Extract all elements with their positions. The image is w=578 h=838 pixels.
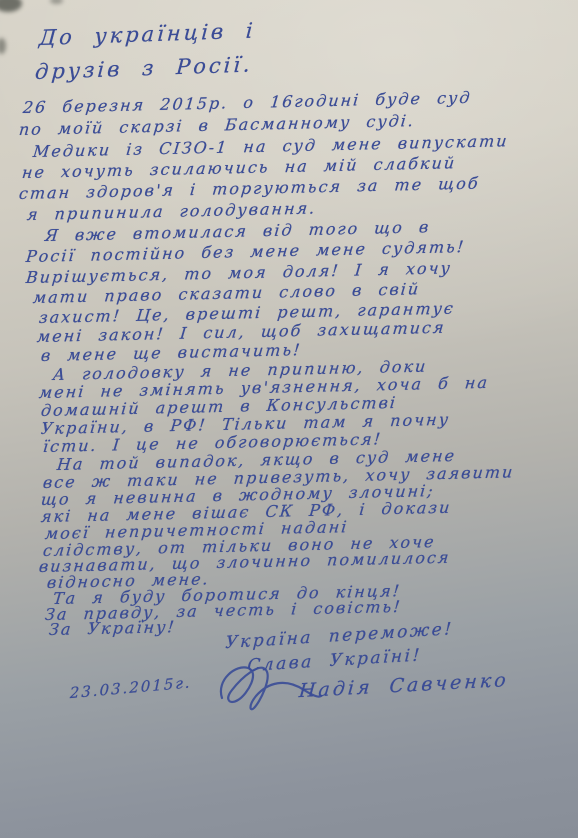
photo-of-letter: { "document": { "kind": "handwritten-let…: [0, 0, 578, 838]
body-line-29: За Україну!: [48, 617, 177, 639]
